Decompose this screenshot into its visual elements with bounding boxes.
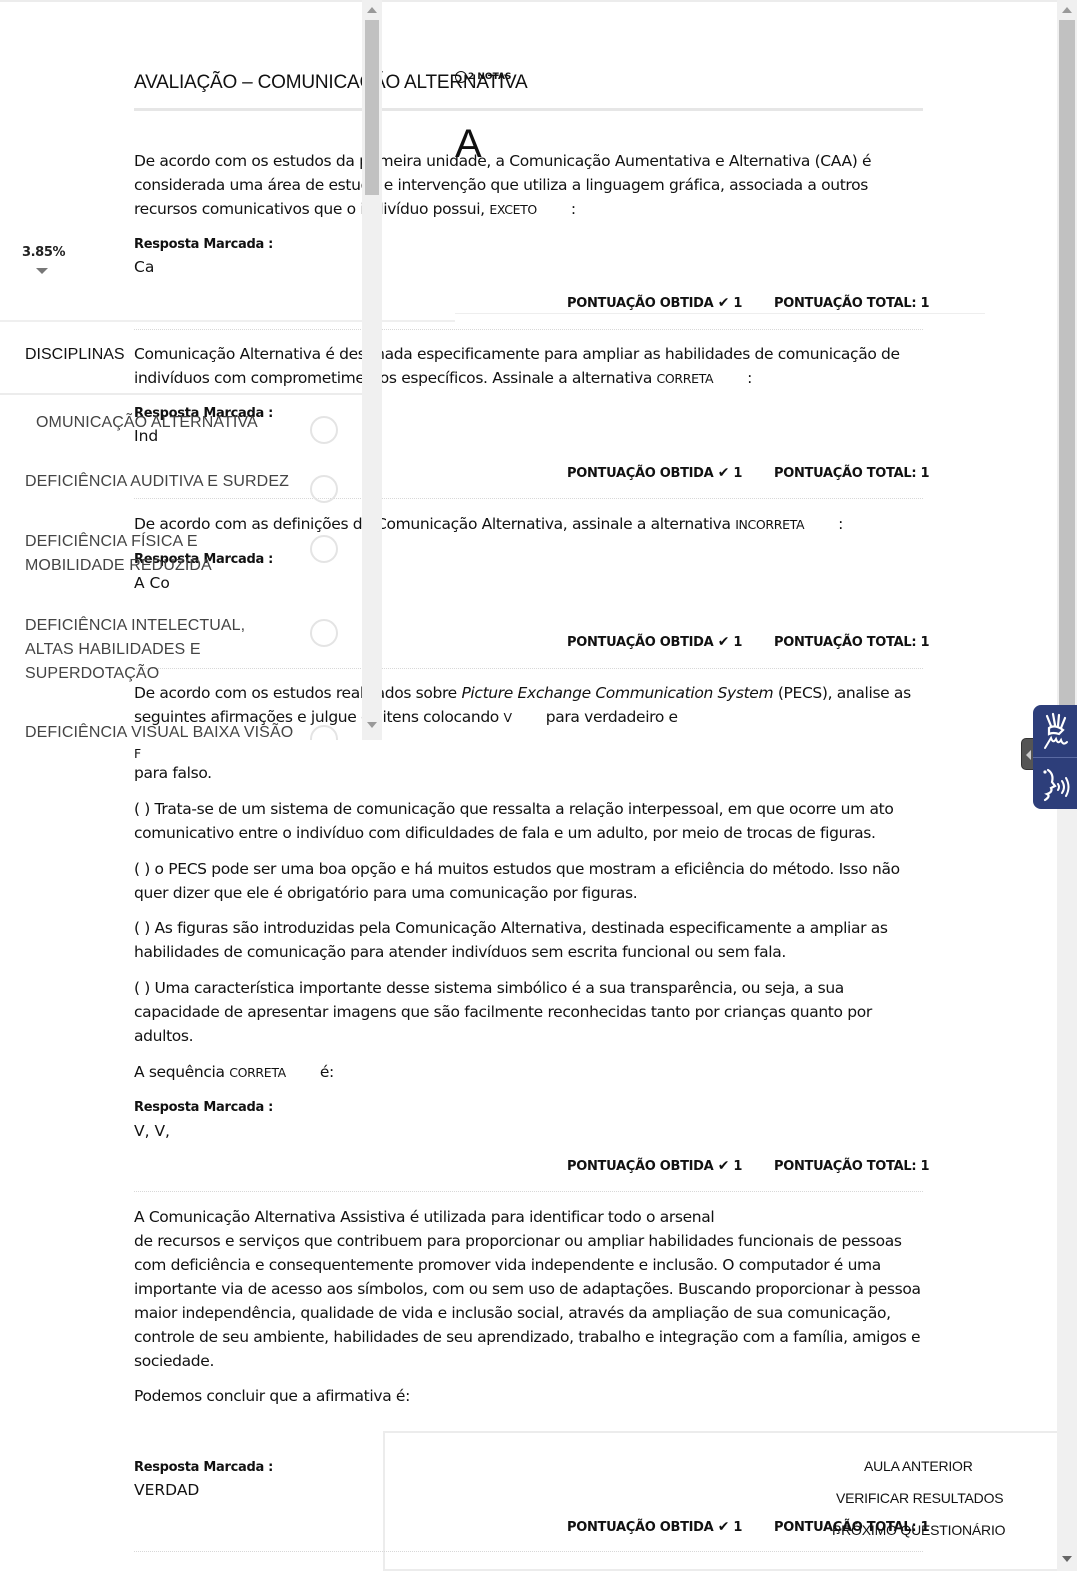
statement-1: ( ) Trata-se de um sistema de comunicaçã… bbox=[134, 797, 924, 845]
scrollbar-thumb[interactable] bbox=[1059, 20, 1075, 710]
marked-answer-value: Ca bbox=[134, 258, 154, 276]
speaking-head-icon bbox=[1039, 764, 1071, 804]
statement-2: ( ) o PECS pode ser uma boa opção e há m… bbox=[134, 857, 924, 905]
statement-4: ( ) Uma característica importante desse … bbox=[134, 976, 924, 1048]
question-5-line1: A Comunicação Alternativa Assistiva é ut… bbox=[134, 1205, 924, 1229]
marked-answer-label: Resposta Marcada : bbox=[134, 1460, 273, 1475]
sidebar-scrollbar[interactable] bbox=[362, 0, 382, 740]
score-row: PONTUAÇÃO OBTIDA ✔ 1PONTUAÇÃO TOTAL: 1 bbox=[567, 634, 929, 650]
previous-lesson-button[interactable]: AULA ANTERIOR bbox=[864, 1458, 973, 1474]
question-1-text: De acordo com os estudos da primeira uni… bbox=[134, 149, 924, 222]
question-divider bbox=[134, 1191, 923, 1192]
scroll-down-icon[interactable] bbox=[1062, 1556, 1072, 1562]
question-2-text: Comunicação Alternativa é destinada espe… bbox=[134, 342, 924, 391]
check-icon: ✔ bbox=[718, 634, 729, 650]
marked-answer-value: VERDAD bbox=[134, 1481, 199, 1499]
keyword: CORRETA bbox=[657, 371, 714, 386]
question-4-false-text: para falso. bbox=[134, 761, 924, 785]
check-icon: ✔ bbox=[718, 1158, 729, 1174]
status-circle-icon bbox=[310, 416, 338, 444]
progress-percent: 3.85% bbox=[22, 245, 65, 260]
divider bbox=[455, 313, 985, 314]
score-row: PONTUAÇÃO OBTIDA ✔ 1PONTUAÇÃO TOTAL: 1 bbox=[567, 1158, 929, 1174]
status-circle-icon bbox=[310, 535, 338, 563]
question-divider bbox=[134, 329, 923, 330]
status-circle-icon bbox=[310, 475, 338, 503]
divider bbox=[1033, 757, 1077, 758]
question-5-body: de recursos e serviços que contribuem pa… bbox=[134, 1229, 924, 1373]
next-quiz-button[interactable]: PRÓXIMO QUESTIONÁRIO bbox=[832, 1522, 1005, 1538]
sidebar-item-deficiencia-visual[interactable]: DEFICIÊNCIA VISUAL BAIXA VISÃO bbox=[25, 721, 305, 740]
scrollbar-thumb[interactable] bbox=[365, 20, 379, 195]
audio-reader-button[interactable] bbox=[1033, 759, 1077, 809]
statement-3: ( ) As figuras são introduzidas pela Com… bbox=[134, 916, 924, 964]
notes-button[interactable]: 2 NOTAS bbox=[455, 71, 511, 83]
score-row: PONTUAÇÃO OBTIDA ✔ 1PONTUAÇÃO TOTAL: 1 bbox=[567, 465, 929, 481]
scroll-up-icon[interactable] bbox=[1062, 7, 1072, 13]
marked-answer-label: Resposta Marcada : bbox=[134, 237, 273, 252]
top-border bbox=[0, 0, 1057, 2]
caret-down-icon[interactable] bbox=[36, 268, 48, 274]
marked-answer-value: V, V, bbox=[134, 1122, 170, 1140]
question-5-prompt: Podemos concluir que a afirmativa é: bbox=[134, 1384, 924, 1408]
status-circle-icon bbox=[310, 725, 338, 740]
sidebar-item-deficiencia-auditiva[interactable]: DEFICIÊNCIA AUDITIVA E SURDEZ bbox=[25, 470, 305, 494]
title-divider bbox=[134, 108, 923, 111]
sidebar-heading: DISCIPLINAS bbox=[25, 346, 125, 364]
clock-icon bbox=[455, 71, 467, 83]
divider bbox=[0, 320, 455, 322]
keyword: INCORRETA bbox=[735, 517, 804, 532]
notes-badge-label: 2 NOTAS bbox=[468, 72, 511, 82]
keyword: EXCETO bbox=[489, 202, 537, 217]
sidebar-item-deficiencia-intelectual[interactable]: DEFICIÊNCIA INTELECTUAL, ALTAS HABILIDAD… bbox=[25, 614, 265, 686]
check-icon: ✔ bbox=[718, 465, 729, 481]
sidebar-list: OMUNICAÇÃO ALTERNATIVA DEFICIÊNCIA AUDIT… bbox=[0, 395, 362, 740]
sidebar-item-deficiencia-fisica[interactable]: DEFICIÊNCIA FÍSICA E MOBILIDADE REDUZIDA bbox=[25, 530, 235, 578]
score-row: PONTUAÇÃO OBTIDA ✔ 1PONTUAÇÃO TOTAL: 1 bbox=[567, 295, 929, 311]
accessibility-widget bbox=[1033, 705, 1077, 809]
marked-answer-label: Resposta Marcada : bbox=[134, 1100, 273, 1115]
scroll-up-icon[interactable] bbox=[367, 7, 377, 13]
scroll-down-icon[interactable] bbox=[367, 722, 377, 728]
sign-language-button[interactable] bbox=[1033, 707, 1077, 757]
sidebar-item-comunicacao-alternativa[interactable]: OMUNICAÇÃO ALTERNATIVA bbox=[36, 411, 316, 435]
sign-language-icon bbox=[1039, 712, 1071, 752]
check-icon: ✔ bbox=[718, 295, 729, 311]
check-results-button[interactable]: VERIFICAR RESULTADOS bbox=[836, 1490, 1003, 1506]
question-4-prompt: A sequência CORRETAé: bbox=[134, 1060, 924, 1085]
question-divider bbox=[134, 1551, 923, 1552]
status-circle-icon bbox=[310, 619, 338, 647]
check-icon: ✔ bbox=[718, 1519, 729, 1535]
